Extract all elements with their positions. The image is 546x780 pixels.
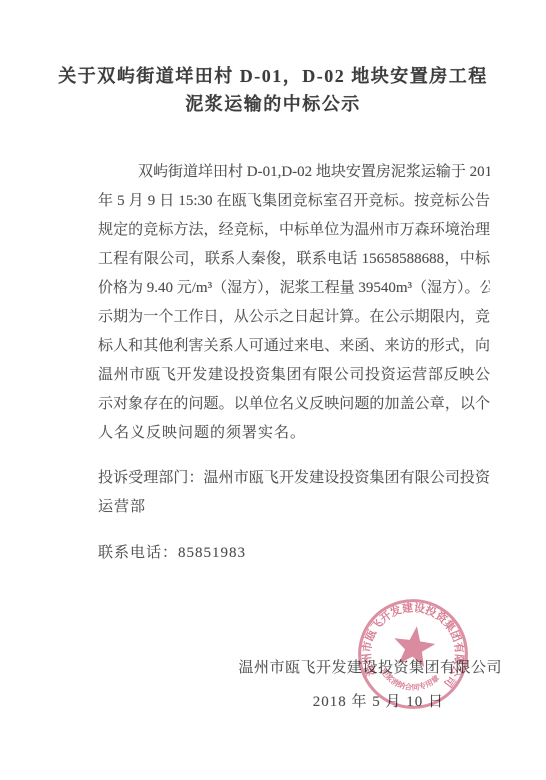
svg-text:泥浆消纳合同专用章: 泥浆消纳合同专用章 [376,665,442,696]
body-line: 年 5 月 9 日 15:30 在瓯飞集团竞标室召开竞标。按竞标公告 [98,187,490,216]
complaint-line: 投诉受理部门：温州市瓯飞开发建设投资集团有限公司投资 [98,464,490,493]
seal-star-icon [391,623,438,668]
complaint-line: 运营部 [98,493,490,522]
body-line: 双屿街道垟田村 D-01,D-02 地块安置房泥浆运输于 2018 [98,158,490,187]
body-line: 温州市瓯飞开发建设投资集团有限公司投资运营部反映公 [98,361,490,390]
body-line: 规定的竞标方法，经竞标，中标单位为温州市万森环境治理 [98,216,490,245]
seal-graphic: 温州市瓯飞开发建设投资集团有限公司 泥浆消纳合同专用章 [349,590,478,719]
document-title-line1: 关于双屿街道垟田村 D-01，D-02 地块安置房工程 [0,62,546,90]
contact-phone: 联系电话：85851983 [98,539,490,568]
document-title: 关于双屿街道垟田村 D-01，D-02 地块安置房工程 泥浆运输的中标公示 [0,62,546,118]
body-line: 示期为一个工作日，从公示之日起计算。在公示期限内，竞 [98,303,490,332]
complaint-department: 投诉受理部门：温州市瓯飞开发建设投资集团有限公司投资 运营部 [98,464,490,522]
body-line: 标人和其他利害关系人可通过来电、来函、来访的形式，向 [98,332,490,361]
body-line: 人名义反映问题的须署实名。 [98,419,490,448]
document-page: 关于双屿街道垟田村 D-01，D-02 地块安置房工程 泥浆运输的中标公示 双屿… [0,0,546,780]
body-line: 价格为 9.40 元/m³（湿方），泥浆工程量 39540m³（湿方）。公 [98,274,490,303]
company-seal-stamp: 温州市瓯飞开发建设投资集团有限公司 泥浆消纳合同专用章 [349,590,478,719]
body-line: 工程有限公司，联系人秦俊，联系电话 15658588688，中标 [98,245,490,274]
document-title-line2: 泥浆运输的中标公示 [0,90,546,118]
seal-banner-text: 泥浆消纳合同专用章 [376,665,442,696]
body-paragraph: 双屿街道垟田村 D-01,D-02 地块安置房泥浆运输于 2018 年 5 月 … [98,158,490,448]
body-line: 示对象存在的问题。以单位名义反映问题的加盖公章，以个 [98,390,490,419]
